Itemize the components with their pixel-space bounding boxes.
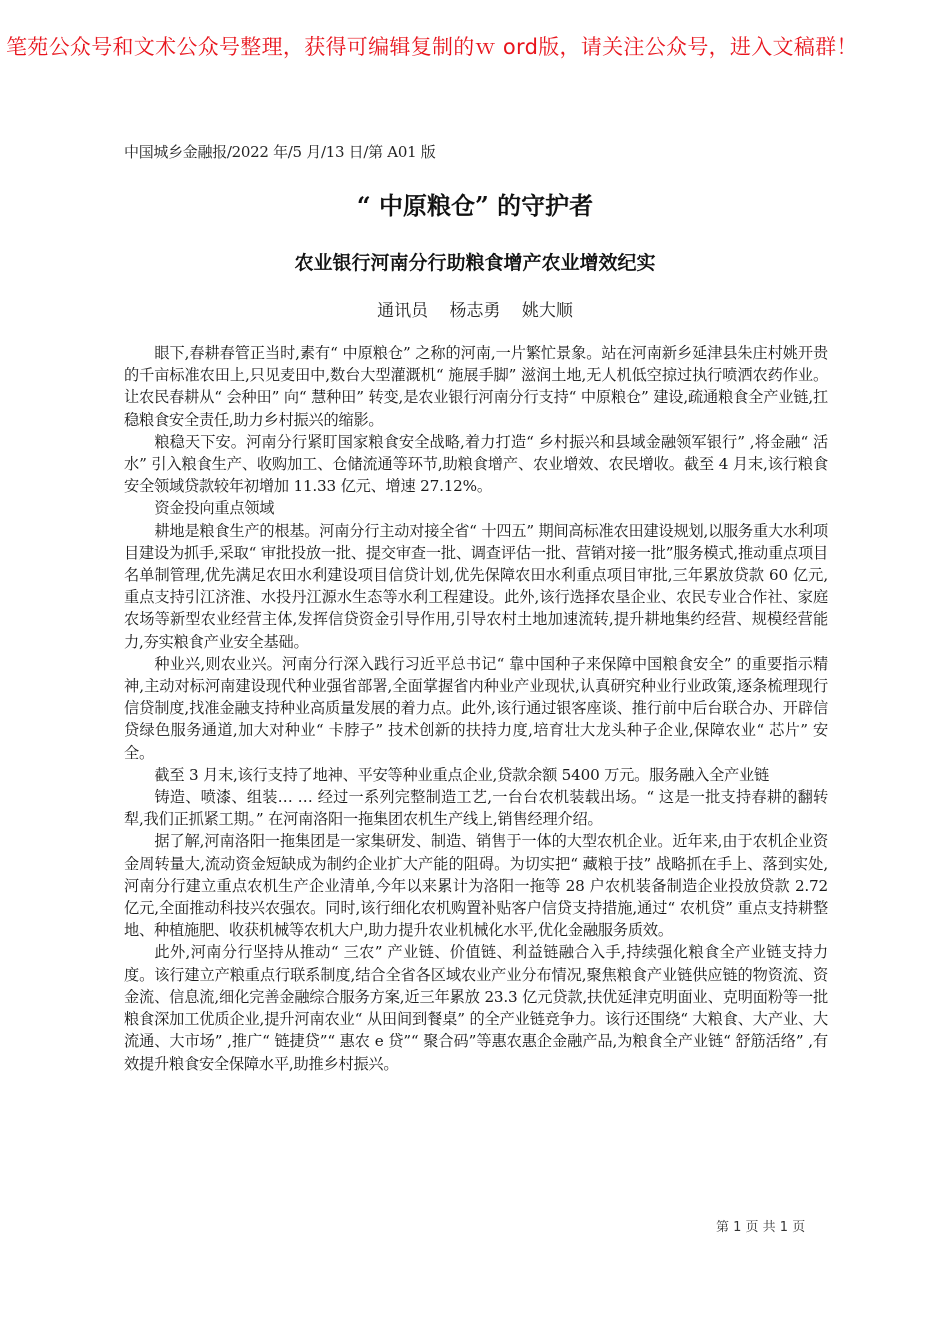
paragraph: 铸造、喷漆、组装… … 经过一系列完整制造工艺,一台台农机装载出场。“ 这是一批… [124, 786, 828, 830]
paragraph: 粮稳天下安。河南分行紧盯国家粮食安全战略,着力打造“ 乡村振兴和县域金融领军银行… [124, 431, 828, 498]
page-number: 第 1 页 共 1 页 [716, 1216, 805, 1235]
paragraph: 种业兴,则农业兴。河南分行深入践行习近平总书记“ 靠中国种子来保障中国粮食安全”… [124, 653, 828, 764]
byline-author: 杨志勇 [450, 301, 501, 321]
paragraph: 眼下,春耕春管正当时,素有“ 中原粮仓” 之称的河南,一片繁忙景象。站在河南新乡… [124, 342, 828, 431]
article-body: 眼下,春耕春管正当时,素有“ 中原粮仓” 之称的河南,一片繁忙景象。站在河南新乡… [124, 342, 828, 1075]
section-heading: 资金投向重点领域 [124, 497, 828, 519]
article-subtitle: 农业银行河南分行助粮食增产农业增效纪实 [0, 248, 950, 275]
paragraph: 此外,河南分行坚持从推动“ 三农” 产业链、价值链、利益链融合入手,持续强化粮食… [124, 941, 828, 1074]
paragraph: 据了解,河南洛阳一拖集团是一家集研发、制造、销售于一体的大型农机企业。近年来,由… [124, 830, 828, 941]
byline: 通讯员 杨志勇 姚大顺 [0, 296, 950, 321]
byline-role: 通讯员 [377, 301, 428, 321]
paragraph: 截至 3 月末,该行支持了地神、平安等种业重点企业,贷款余额 5400 万元。服… [124, 764, 828, 786]
source-line: 中国城乡金融报/2022 年/5 月/13 日/第 A01 版 [124, 141, 435, 162]
byline-author: 姚大顺 [522, 301, 573, 321]
article-title: “ 中原粮仓” 的守护者 [0, 186, 950, 221]
paragraph: 耕地是粮食生产的根基。河南分行主动对接全省“ 十四五” 期间高标准农田建设规划,… [124, 520, 828, 653]
promo-notice: 笔苑公众号和文术公众号整理，获得可编辑复制的ｗ ord版，请关注公众号，进入文稿… [6, 34, 936, 61]
